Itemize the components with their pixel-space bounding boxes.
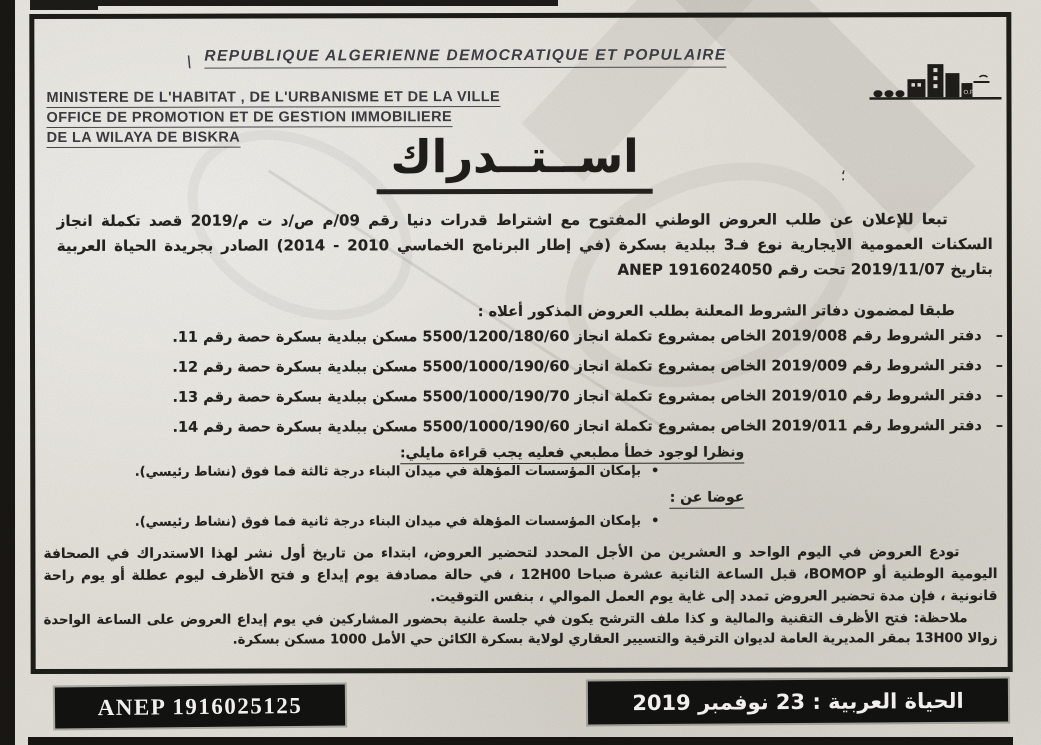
dash-marker: – [996, 321, 1003, 351]
erratum-title: اســتــدراك [376, 130, 652, 195]
erratum-lead-line: ونظرا لوجود خطأ مطبعي فعليه يجب قراءة ما… [400, 445, 744, 465]
submission-terms-paragraph: تودع العروض في اليوم الواحد و العشرين من… [43, 541, 997, 609]
spec-list-item: – دفتر الشروط رقم 2019/009 الخاص بمشروع … [53, 351, 1003, 383]
corrected-clause: • بإمكان المؤسسات المؤهلة في ميدان البنا… [135, 464, 660, 480]
adjacent-ad-fragment [30, 0, 98, 10]
spec-list-item: – دفتر الشروط رقم 2019/011 الخاص بمشروع … [53, 411, 1003, 443]
original-clause-text: بإمكان المؤسسات المؤهلة في ميدان البناء … [135, 514, 641, 530]
original-clause: • بإمكان المؤسسات المؤهلة في ميدان البنا… [135, 514, 660, 530]
announcement-frame: \ REPUBLIQUE ALGERIENNE DEMOCRATIQUE ET … [29, 12, 1012, 674]
next-ad-border-fragment [28, 737, 1013, 745]
dash-marker: – [996, 411, 1003, 441]
ink-mark: \ [185, 52, 194, 71]
logo-caption: O.P.G.I [963, 90, 983, 96]
spec-item-text: دفتر الشروط رقم 2019/010 الخاص بمشروع تك… [172, 381, 981, 413]
ministry-line: MINISTERE DE L'HABITAT , DE L'URBANISME … [46, 89, 500, 108]
spec-list: – دفتر الشروط رقم 2019/008 الخاص بمشروع … [53, 321, 1003, 443]
buildings-icon: O.P.G.I [867, 57, 1007, 113]
bullet-dot-marker: • [651, 514, 659, 529]
page-edge-strip [0, 0, 15, 745]
ink-mark: ؛ [841, 165, 846, 184]
spec-list-item: – دفتر الشروط رقم 2019/010 الخاص بمشروع … [53, 381, 1003, 413]
adjacent-ad-fragment [96, 0, 558, 6]
ministry-line: DE LA WILAYA DE BISKRA [47, 130, 241, 148]
corrected-clause-text: بإمكان المؤسسات المؤهلة في ميدان البناء … [135, 464, 641, 480]
specs-intro-line: طبقا لمضمون دفاتر الشروط المعلنة بطلب ال… [57, 303, 993, 321]
dash-marker: – [996, 351, 1003, 381]
anep-reference-banner: ANEP 1916025125 [55, 684, 345, 728]
newspaper-date-banner: الحياة العربية : 23 نوفمبر 2019 [588, 679, 1008, 725]
opening-note-paragraph: ملاحظة: فتح الأظرف التقنية والمالية و كذ… [44, 609, 998, 651]
tender-reference-paragraph: تبعا للإعلان عن طلب العروض الوطني المفتو… [57, 207, 993, 284]
republic-header-line: REPUBLIQUE ALGERIENNE DEMOCRATIQUE ET PO… [204, 47, 726, 69]
ministry-line: OFFICE DE PROMOTION ET DE GESTION IMMOBI… [47, 109, 453, 128]
spec-item-text: دفتر الشروط رقم 2019/011 الخاص بمشروع تك… [172, 411, 981, 443]
erratum-title-wrap: اســتــدراك [315, 130, 715, 195]
dash-marker: – [996, 381, 1003, 411]
instead-of-label: عوضا عن : [670, 490, 745, 509]
opgi-buildings-logo: O.P.G.I [867, 57, 1007, 113]
spec-item-text: دفتر الشروط رقم 2019/009 الخاص بمشروع تك… [172, 351, 981, 383]
spec-item-text: دفتر الشروط رقم 2019/008 الخاص بمشروع تك… [172, 321, 981, 353]
scanned-newspaper-page: \ REPUBLIQUE ALGERIENNE DEMOCRATIQUE ET … [0, 0, 1041, 745]
bullet-dot-marker: • [651, 464, 659, 479]
spec-list-item: – دفتر الشروط رقم 2019/008 الخاص بمشروع … [53, 321, 1003, 353]
